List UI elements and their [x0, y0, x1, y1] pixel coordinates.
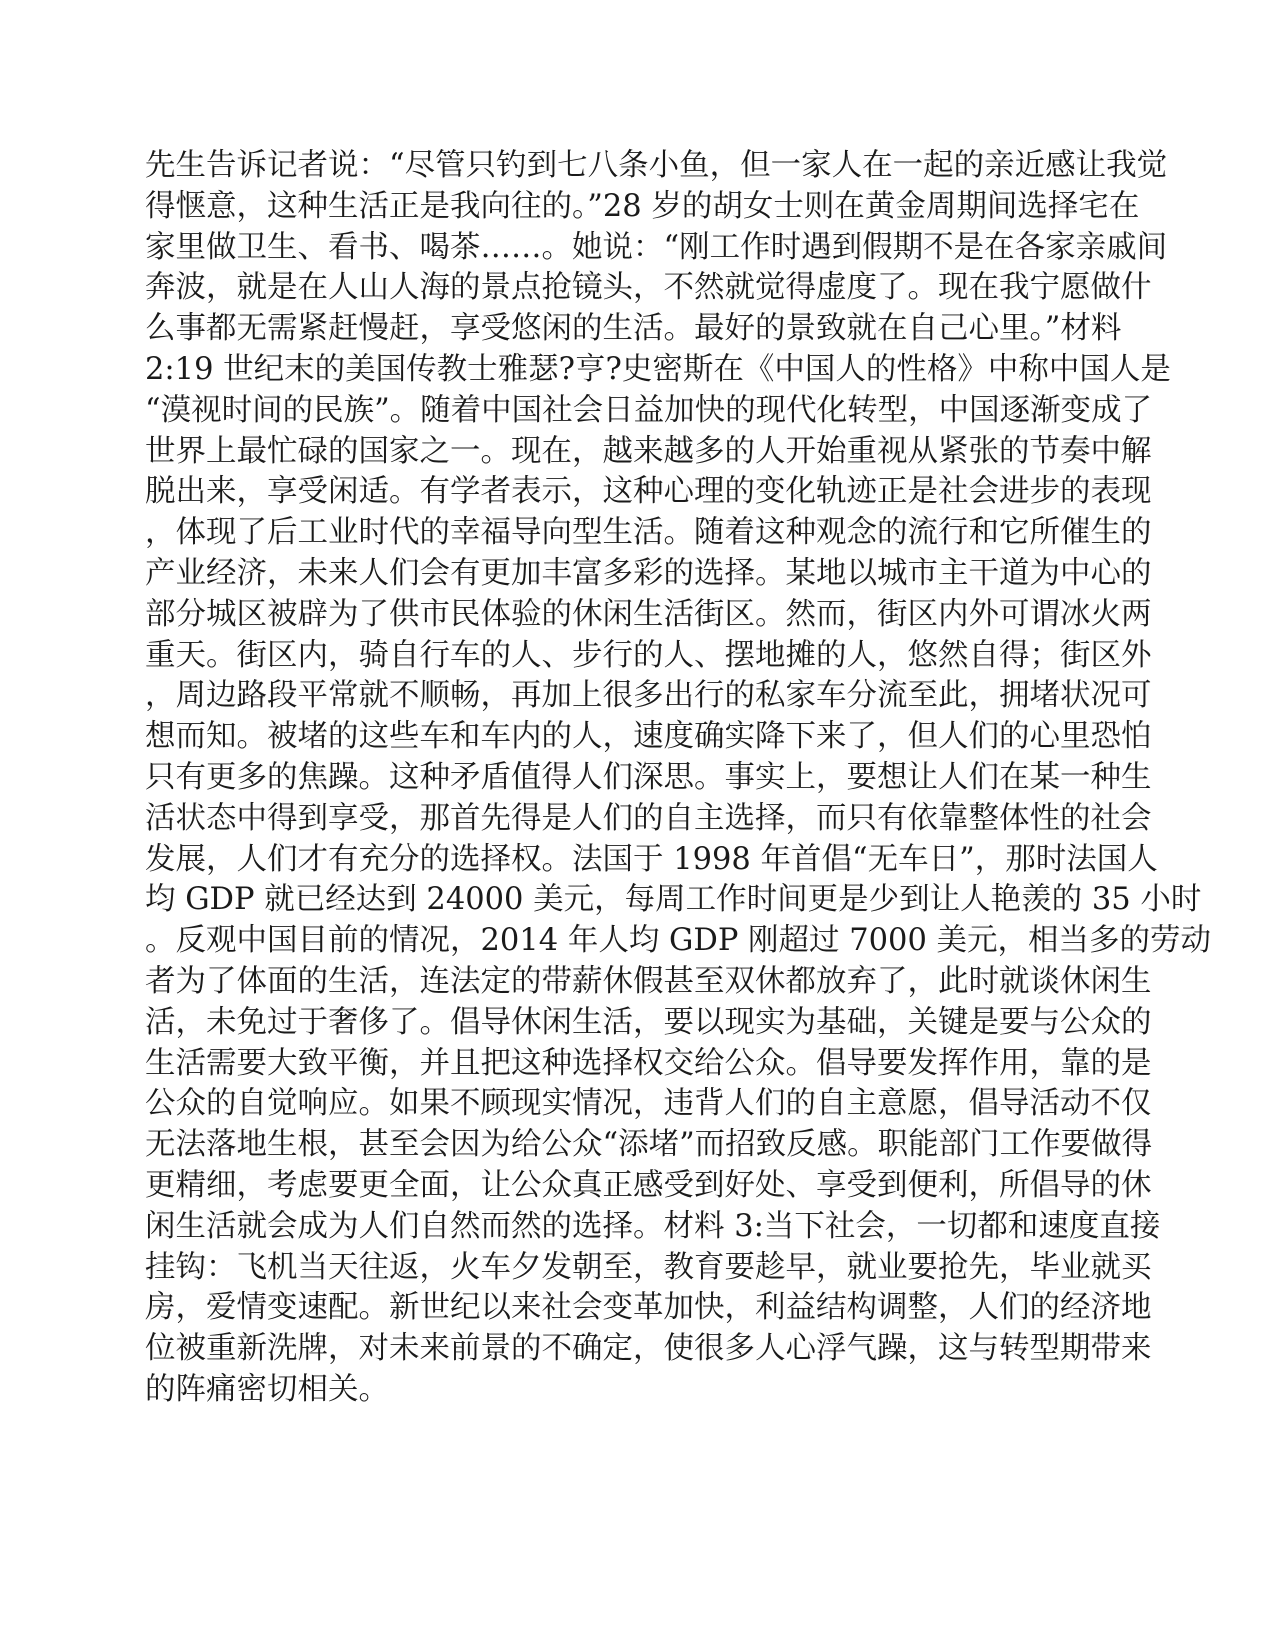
text-line: 奔波，就是在人山人海的景点抢镜头，不然就觉得虚度了。现在我宁愿做什 — [145, 268, 1105, 309]
text-line: 公众的自觉响应。如果不顾现实情况，违背人们的自主意愿，倡导活动不仅 — [145, 1084, 1105, 1125]
text-line: 只有更多的焦躁。这种矛盾值得人们深思。事实上，要想让人们在某一种生 — [145, 758, 1105, 799]
text-line: ，体现了后工业时代的幸福导向型生活。随着这种观念的流行和它所催生的 — [145, 513, 1105, 554]
text-line: 者为了体面的生活，连法定的带薪休假甚至双休都放弃了，此时就谈休闲生 — [145, 962, 1105, 1003]
text-line: 均 GDP 就已经达到 24000 美元，每周工作时间更是少到让人艳羡的 35 … — [145, 880, 1105, 921]
text-line: 活状态中得到享受，那首先得是人们的自主选择，而只有依靠整体性的社会 — [145, 799, 1105, 840]
text-line: 脱出来，享受闲适。有学者表示，这种心理的变化轨迹正是社会进步的表现 — [145, 472, 1105, 513]
text-line: 更精细，考虑要更全面，让公众真正感受到好处、享受到便利，所倡导的休 — [145, 1166, 1105, 1207]
body-paragraph: 先生告诉记者说：“尽管只钓到七八条小鱼，但一家人在一起的亲近感让我觉 得惬意，这… — [145, 146, 1105, 1411]
text-line: 世界上最忙碌的国家之一。现在，越来越多的人开始重视从紧张的节奏中解 — [145, 432, 1105, 473]
text-line: 么事都无需紧赶慢赶，享受悠闲的生活。最好的景致就在自己心里。”材料 — [145, 309, 1105, 350]
text-line: 房，爱情变速配。新世纪以来社会变革加快，利益结构调整，人们的经济地 — [145, 1288, 1105, 1329]
text-line: ，周边路段平常就不顺畅，再加上很多出行的私家车分流至此，拥堵状况可 — [145, 676, 1105, 717]
text-line: 挂钩：飞机当天往返，火车夕发朝至，教育要趁早，就业要抢先，毕业就买 — [145, 1248, 1105, 1289]
text-line: 生活需要大致平衡，并且把这种选择权交给公众。倡导要发挥作用，靠的是 — [145, 1044, 1105, 1085]
text-line: 想而知。被堵的这些车和车内的人，速度确实降下来了，但人们的心里恐怕 — [145, 717, 1105, 758]
text-line: “漠视时间的民族”。随着中国社会日益加快的现代化转型，中国逐渐变成了 — [145, 391, 1105, 432]
text-line: 的阵痛密切相关。 — [145, 1370, 1105, 1411]
text-line: 。反观中国目前的情况，2014 年人均 GDP 刚超过 7000 美元，相当多的… — [145, 921, 1105, 962]
document-page: 先生告诉记者说：“尽管只钓到七八条小鱼，但一家人在一起的亲近感让我觉 得惬意，这… — [0, 0, 1275, 1650]
text-line: 得惬意，这种生活正是我向往的。”28 岁的胡女士则在黄金周期间选择宅在 — [145, 187, 1105, 228]
text-line: 位被重新洗牌，对未来前景的不确定，使很多人心浮气躁，这与转型期带来 — [145, 1329, 1105, 1370]
text-line: 2:19 世纪末的美国传教士雅瑟?亨?史密斯在《中国人的性格》中称中国人是 — [145, 350, 1105, 391]
text-line: 重天。街区内，骑自行车的人、步行的人、摆地摊的人，悠然自得；街区外 — [145, 636, 1105, 677]
text-line: 发展，人们才有充分的选择权。法国于 1998 年首倡“无车日”，那时法国人 — [145, 840, 1105, 881]
text-line: 家里做卫生、看书、喝茶……。她说：“刚工作时遇到假期不是在各家亲戚间 — [145, 228, 1105, 269]
text-line: 先生告诉记者说：“尽管只钓到七八条小鱼，但一家人在一起的亲近感让我觉 — [145, 146, 1105, 187]
text-line: 闲生活就会成为人们自然而然的选择。材料 3:当下社会，一切都和速度直接 — [145, 1207, 1105, 1248]
text-line: 无法落地生根，甚至会因为给公众“添堵”而招致反感。职能部门工作要做得 — [145, 1125, 1105, 1166]
text-line: 活，未免过于奢侈了。倡导休闲生活，要以现实为基础，关键是要与公众的 — [145, 1003, 1105, 1044]
text-line: 产业经济，未来人们会有更加丰富多彩的选择。某地以城市主干道为中心的 — [145, 554, 1105, 595]
text-line: 部分城区被辟为了供市民体验的休闲生活街区。然而，街区内外可谓冰火两 — [145, 595, 1105, 636]
